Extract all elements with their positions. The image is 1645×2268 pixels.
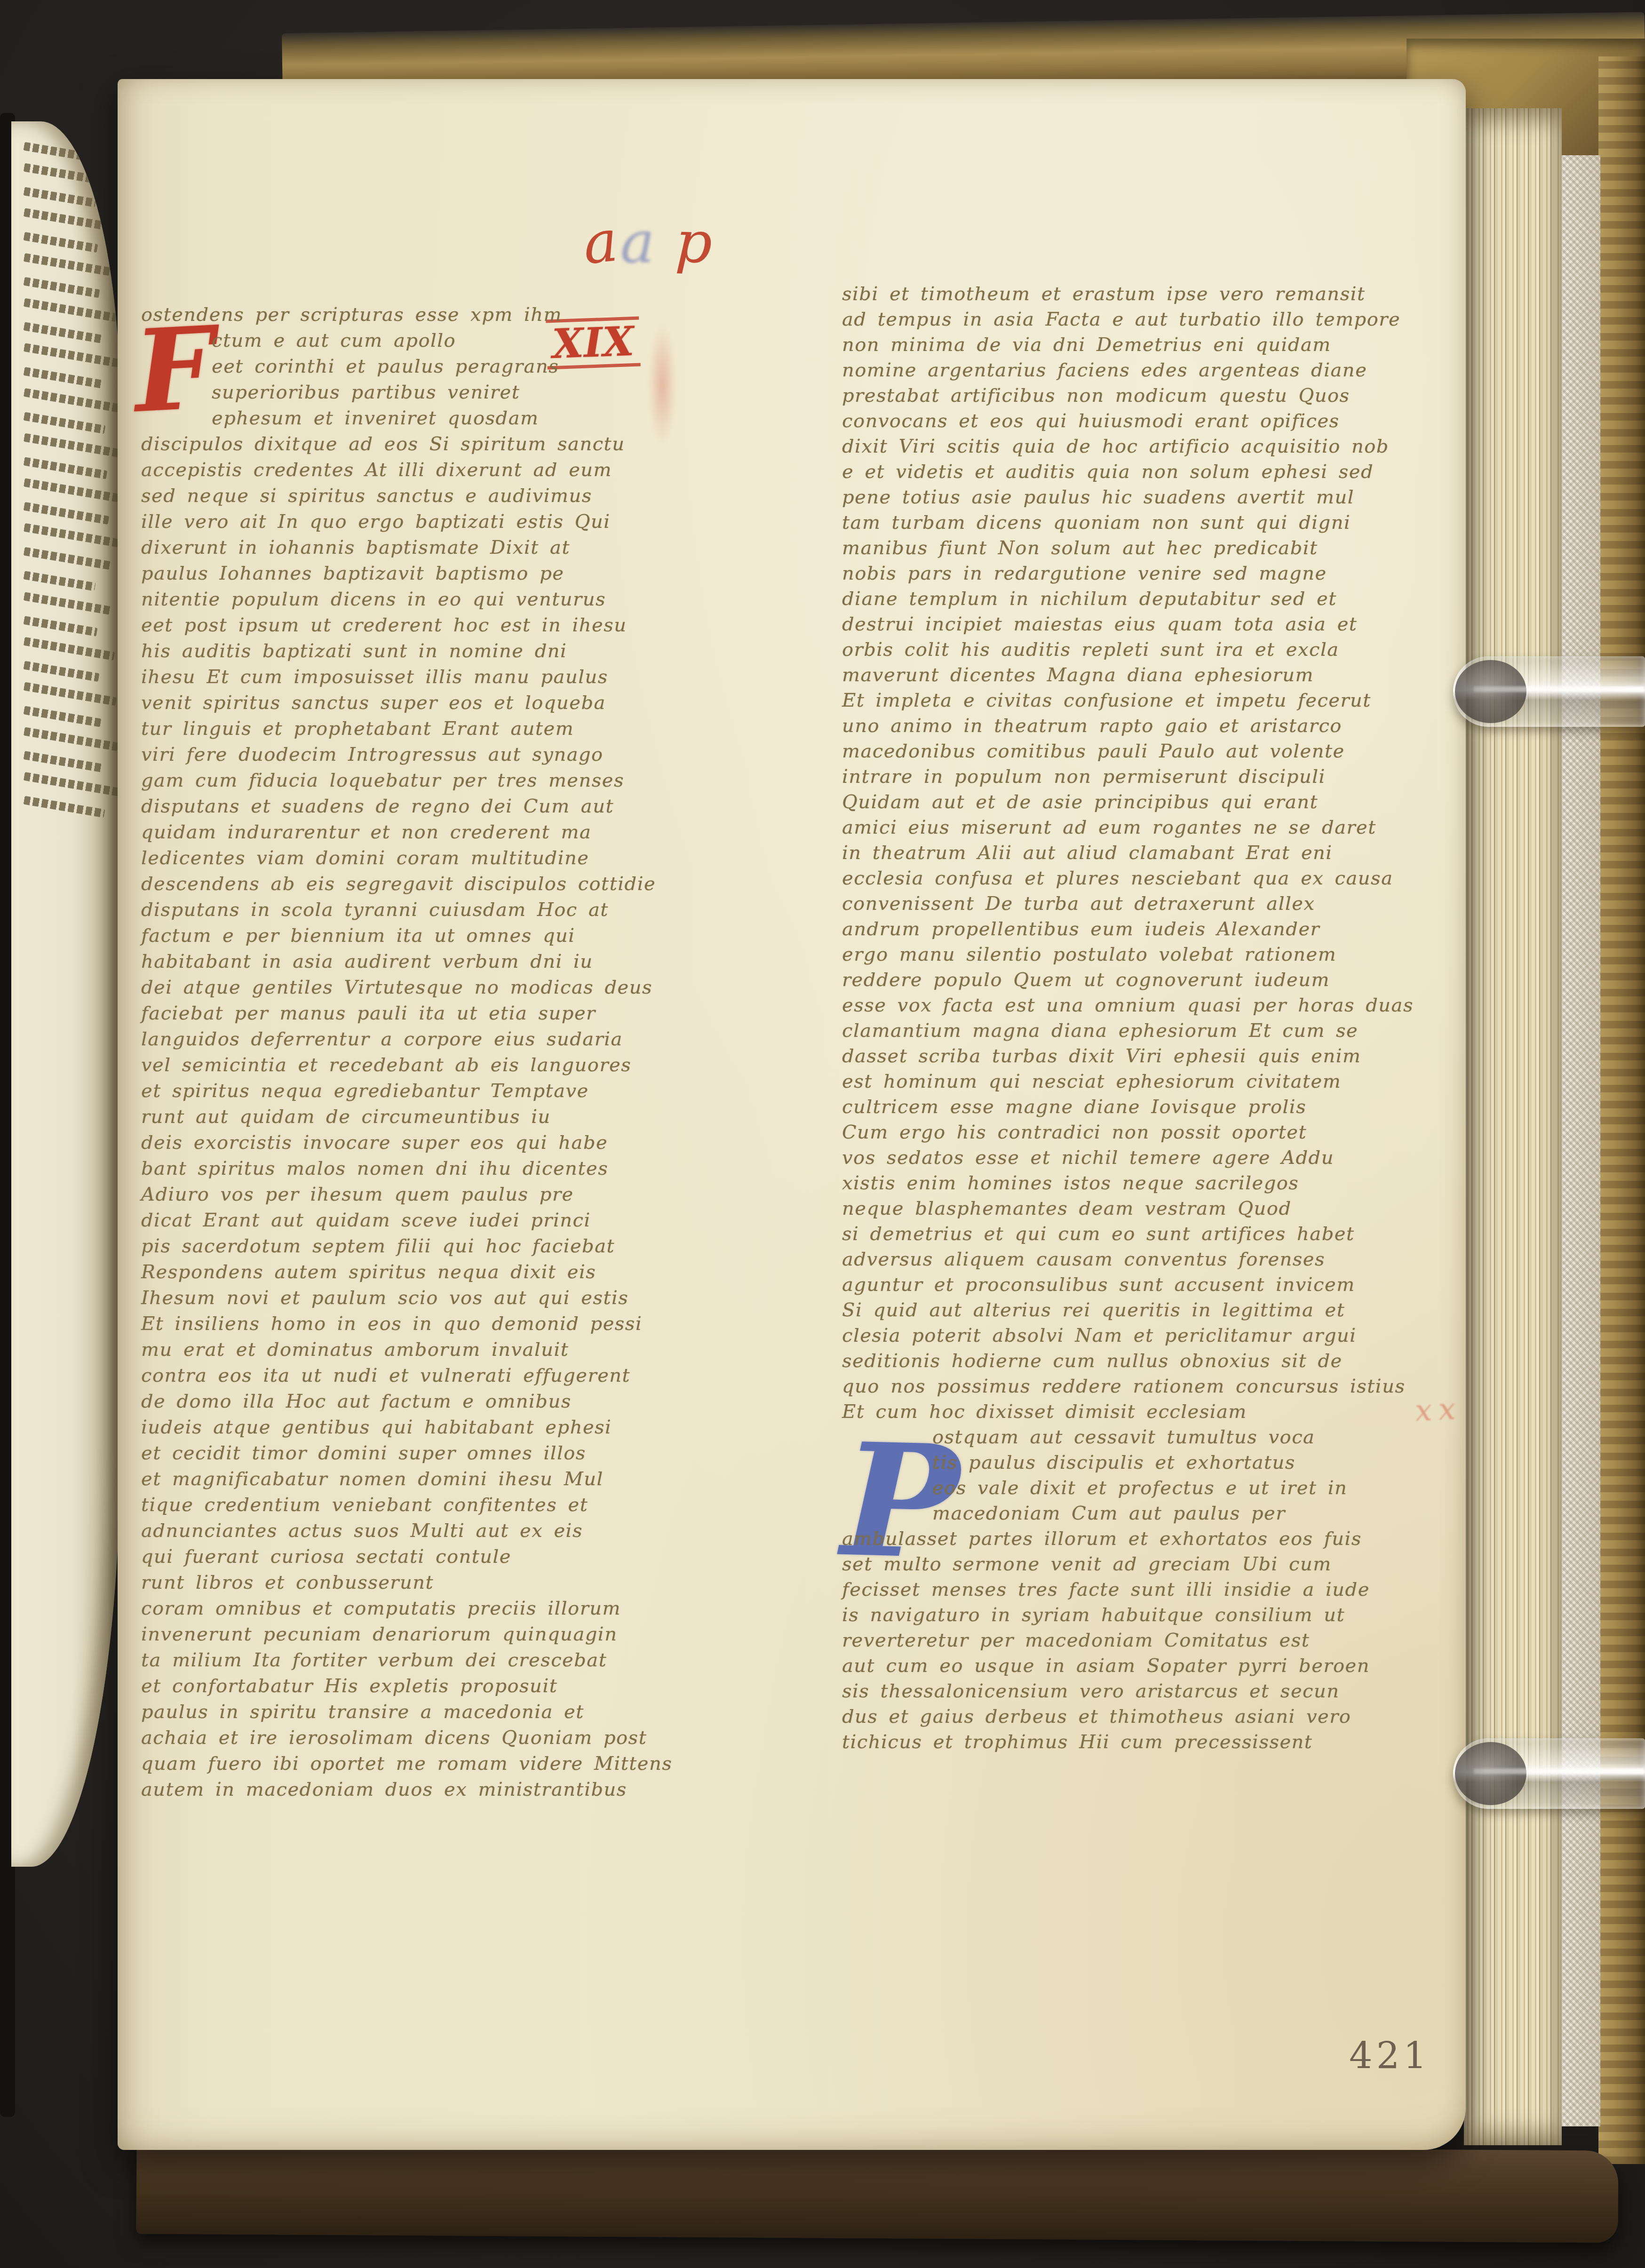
manuscript-line: qui fuerant curiosa sectati contule — [141, 1544, 687, 1570]
facing-page-line-mark — [24, 706, 102, 727]
facing-page-line-mark — [24, 637, 115, 661]
manuscript-line: ihesu Et cum imposuisset illis manu paul… — [141, 664, 687, 690]
facing-page-line-mark — [24, 232, 98, 253]
facing-page-strip — [11, 121, 120, 1867]
manuscript-line: sed neque si spiritus sanctus e audivimu… — [141, 483, 687, 509]
manuscript-line: maverunt dicentes Magna diana ephesiorum — [842, 662, 1435, 688]
manuscript-line: eos vale dixit et profectus e ut iret in — [842, 1475, 1435, 1501]
facing-page-line-mark — [24, 523, 120, 549]
manuscript-line: adnunciantes actus suos Multi aut ex eis — [141, 1518, 687, 1544]
manuscript-line: amici eius miserunt ad eum rogantes ne s… — [842, 815, 1435, 840]
manuscript-line: convocans et eos qui huiusmodi erant opi… — [842, 408, 1435, 434]
manuscript-line: orbis colit his auditis repleti sunt ira… — [842, 637, 1435, 662]
manuscript-line: Et impleta e civitas confusione et impet… — [842, 688, 1435, 713]
facing-page-line-mark — [24, 433, 120, 458]
manuscript-line: runt libros et conbusserunt — [141, 1570, 687, 1596]
manuscript-line: languidos deferrentur a corpore eius sud… — [141, 1027, 687, 1052]
manuscript-line: runt aut quidam de circumeuntibus iu — [141, 1104, 687, 1130]
manuscript-line: clamantium magna diana ephesiorum Et cum… — [842, 1018, 1435, 1043]
manuscript-line: uno animo in theatrum rapto gaio et aris… — [842, 713, 1435, 739]
facing-page-line-mark — [24, 388, 120, 413]
manuscript-line: ta milium Ita fortiter verbum dei cresce… — [141, 1647, 687, 1673]
manuscript-line: aguntur et proconsulibus sunt accusent i… — [842, 1272, 1435, 1297]
manuscript-line: ostquam aut cessavit tumultus voca — [842, 1424, 1435, 1450]
manuscript-line: set multo sermone venit ad greciam Ubi c… — [842, 1552, 1435, 1577]
manuscript-line: est hominum qui nesciat ephesiorum civit… — [842, 1069, 1435, 1094]
manuscript-line: paulus in spiritu transire a macedonia e… — [141, 1699, 687, 1725]
vellum-binding-board — [1598, 56, 1645, 2164]
manuscript-line: et confortabatur His expletis proposuit — [141, 1673, 687, 1699]
facing-page-line-mark — [24, 412, 106, 434]
manuscript-line: ledicentes viam domini coram multitudine — [141, 845, 687, 871]
manuscript-line: et spiritus nequa egrediebantur Temptave — [141, 1078, 687, 1104]
manuscript-line: ctum e aut cum apollo — [141, 328, 687, 354]
manuscript-photo: aap XIX F P xx ostendens per scripturas … — [0, 0, 1645, 2268]
glass-rod-highlight — [1474, 686, 1644, 692]
manuscript-line: intrare in populum non permiserunt disci… — [842, 764, 1435, 789]
facing-page-text-lines — [11, 121, 120, 811]
manuscript-line: clesia poterit absolvi Nam et periclitam… — [842, 1323, 1435, 1348]
manuscript-line: reverteretur per macedoniam Comitatus es… — [842, 1628, 1435, 1653]
manuscript-line: Adiuro vos per ihesum quem paulus pre — [141, 1182, 687, 1208]
manuscript-page: aap XIX F P xx ostendens per scripturas … — [118, 79, 1466, 2150]
manuscript-line: nomine argentarius faciens edes argentea… — [842, 358, 1435, 383]
manuscript-line: accepistis credentes At illi dixerunt ad… — [141, 457, 687, 483]
facing-page-line-mark — [24, 253, 115, 277]
manuscript-line: tam turbam dicens quoniam non sunt qui d… — [842, 510, 1435, 535]
manuscript-line: descendens ab eis segregavit discipulos … — [141, 871, 687, 897]
spine-cloth-lining — [1561, 155, 1600, 2126]
manuscript-line: tichicus et trophimus Hii cum precessiss… — [842, 1729, 1435, 1755]
left-text-column: ostendens per scripturas esse xpm ihmctu… — [141, 302, 687, 1803]
facing-page-line-mark — [24, 142, 95, 162]
manuscript-line: is navigaturo in syriam habuitque consil… — [842, 1602, 1435, 1628]
manuscript-line: ergo manu silentio postulato volebat rat… — [842, 942, 1435, 967]
facing-page-line-mark — [24, 367, 104, 389]
manuscript-line: disputans in scola tyranni cuiusdam Hoc … — [141, 897, 687, 923]
manuscript-line: pis sacerdotum septem filii qui hoc faci… — [141, 1233, 687, 1259]
manuscript-line: diane templum in nichilum deputabitur se… — [842, 586, 1435, 612]
manuscript-line: dus et gaius derbeus et thimotheus asian… — [842, 1704, 1435, 1729]
manuscript-line: paulus Iohannes baptizavit baptismo pe — [141, 561, 687, 587]
facing-page-line-mark — [24, 571, 96, 591]
manuscript-line: nobis pars in redargutione venire sed ma… — [842, 561, 1435, 586]
manuscript-line: dei atque gentiles Virtutesque no modica… — [141, 975, 687, 1001]
facing-page-line-mark — [24, 592, 113, 615]
manuscript-line: habitabant in asia audirent verbum dni i… — [141, 949, 687, 975]
manuscript-line: de domo illa Hoc aut factum e omnibus — [141, 1389, 687, 1415]
facing-page-line-mark — [24, 187, 96, 207]
manuscript-line: tique credentium veniebant confitentes e… — [141, 1492, 687, 1518]
manuscript-line: bant spiritus malos nomen dni ihu dicent… — [141, 1156, 687, 1182]
manuscript-line: disputans et suadens de regno dei Cum au… — [141, 794, 687, 820]
facing-page-line-mark — [24, 343, 119, 367]
manuscript-line: et magnificabatur nomen domini ihesu Mul — [141, 1466, 687, 1492]
manuscript-line: in theatrum Alii aut aliud clamabant Era… — [842, 840, 1435, 866]
manuscript-line: superioribus partibus veniret — [141, 380, 687, 406]
manuscript-line: dicat Erant aut quidam sceve iudei princ… — [141, 1208, 687, 1233]
facing-page-line-mark — [24, 751, 103, 772]
facing-page-line-mark — [24, 796, 105, 818]
manuscript-line: deis exorcistis invocare super eos qui h… — [141, 1130, 687, 1156]
running-header: aap — [583, 214, 712, 271]
manuscript-line: nitentie populum dicens in eo qui ventur… — [141, 587, 687, 613]
manuscript-line: neque blasphemantes deam vestram Quod — [842, 1196, 1435, 1221]
manuscript-line: sis thessalonicensium vero aristarcus et… — [842, 1679, 1435, 1704]
facing-page-line-mark — [24, 478, 120, 503]
facing-page-line-mark — [24, 163, 111, 186]
manuscript-line: faciebat per manus pauli ita ut etia sup… — [141, 1001, 687, 1027]
manuscript-line: prestabat artificibus non modicum questu… — [842, 383, 1435, 408]
manuscript-line: iudeis atque gentibus qui habitabant eph… — [141, 1415, 687, 1440]
facing-page-line-mark — [24, 502, 109, 525]
manuscript-line: quam fuero ibi oportet me romam videre M… — [141, 1751, 687, 1777]
manuscript-line: dixit Viri scitis quia de hoc artificio … — [842, 434, 1435, 459]
manuscript-line: sibi et timotheum et erastum ipse vero r… — [842, 281, 1435, 307]
facing-page-line-mark — [24, 661, 100, 682]
manuscript-line: macedonibus comitibus pauli Paulo aut vo… — [842, 739, 1435, 764]
manuscript-line: eet corinthi et paulus peragrans — [141, 354, 687, 380]
manuscript-line: ecclesia confusa et plures nesciebant qu… — [842, 866, 1435, 891]
facing-page-line-mark — [24, 682, 117, 706]
facing-page-line-mark — [24, 727, 119, 751]
manuscript-line: et cecidit timor domini super omnes illo… — [141, 1440, 687, 1466]
manuscript-line: manibus fiunt Non solum aut hec predicab… — [842, 535, 1435, 561]
page-edge-stack — [1464, 108, 1562, 2145]
running-header-glyph: p — [674, 213, 713, 272]
right-text-column: sibi et timotheum et erastum ipse vero r… — [842, 281, 1435, 1755]
manuscript-line: ephesum et inveniret quosdam — [141, 406, 687, 431]
facing-page-line-mark — [24, 547, 111, 570]
glass-rod-highlight — [1474, 1768, 1644, 1774]
manuscript-line: Respondens autem spiritus nequa dixit ei… — [141, 1259, 687, 1285]
manuscript-line: dixerunt in iohannis baptismate Dixit at — [141, 535, 687, 561]
manuscript-line: vel semicintia et recedebant ab eis lang… — [141, 1052, 687, 1078]
glass-rod-top[interactable] — [1453, 656, 1645, 727]
facing-page-line-mark — [24, 208, 113, 231]
manuscript-line: Si quid aut alterius rei queritis in leg… — [842, 1297, 1435, 1323]
manuscript-line: ostendens per scripturas esse xpm ihm — [141, 302, 687, 328]
manuscript-line: Cum ergo his contradici non possit oport… — [842, 1120, 1435, 1145]
manuscript-line: mu erat et dominatus amborum invaluit — [141, 1337, 687, 1363]
manuscript-line: eet post ipsum ut crederent hoc est in i… — [141, 613, 687, 638]
manuscript-line: e et videtis et auditis quia non solum e… — [842, 459, 1435, 485]
manuscript-line: aut cum eo usque in asiam Sopater pyrri … — [842, 1653, 1435, 1679]
manuscript-line: non minima de via dni Demetrius eni quid… — [842, 332, 1435, 358]
manuscript-line: tur linguis et prophetabant Erant autem — [141, 716, 687, 742]
manuscript-line: achaia et ire ierosolimam dicens Quoniam… — [141, 1725, 687, 1751]
manuscript-line: adversus aliquem causam conventus forens… — [842, 1247, 1435, 1272]
folio-number: 421 — [1349, 2035, 1430, 2077]
manuscript-line: his auditis baptizati sunt in nomine dni — [141, 638, 687, 664]
manuscript-line: venit spiritus sanctus super eos et loqu… — [141, 690, 687, 716]
manuscript-line: ad tempus in asia Facta e aut turbatio i… — [842, 307, 1435, 332]
manuscript-line: Et cum hoc dixisset dimisit ecclesiam — [842, 1399, 1435, 1424]
manuscript-line: fecisset menses tres facte sunt illi ins… — [842, 1577, 1435, 1602]
running-header-glyph: a — [580, 212, 620, 273]
manuscript-line: gam cum fiducia loquebatur per tres mens… — [141, 768, 687, 794]
manuscript-line: tis paulus discipulis et exhortatus — [842, 1450, 1435, 1475]
manuscript-line: coram omnibus et computatis preciis illo… — [141, 1596, 687, 1622]
manuscript-line: seditionis hodierne cum nullus obnoxius … — [842, 1348, 1435, 1374]
manuscript-line: autem in macedoniam duos ex ministrantib… — [141, 1777, 687, 1803]
manuscript-line: quidam indurarentur et non crederent ma — [141, 820, 687, 845]
manuscript-line: andrum propellentibus eum iudeis Alexand… — [842, 916, 1435, 942]
manuscript-line: Et insiliens homo in eos in quo demonid … — [141, 1311, 687, 1337]
facing-page-line-mark — [24, 322, 102, 343]
manuscript-line: cultricem esse magne diane Iovisque prol… — [842, 1094, 1435, 1120]
facing-page-line-mark — [24, 298, 117, 322]
manuscript-line: convenissent De turba aut detraxerunt al… — [842, 891, 1435, 916]
manuscript-line: si demetrius et qui cum eo sunt artifice… — [842, 1221, 1435, 1247]
manuscript-line: invenerunt pecuniam denariorum quinquagi… — [141, 1622, 687, 1647]
manuscript-line: factum e per biennium ita ut omnes qui — [141, 923, 687, 949]
manuscript-line: ambulasset partes illorum et exhortatos … — [842, 1526, 1435, 1552]
manuscript-line: viri fere duodecim Introgressus aut syna… — [141, 742, 687, 768]
manuscript-line: Quidam aut et de asie principibus qui er… — [842, 789, 1435, 815]
manuscript-line: vos sedatos esse et nichil temere agere … — [842, 1145, 1435, 1170]
manuscript-line: dasset scriba turbas dixit Viri ephesii … — [842, 1043, 1435, 1069]
manuscript-line: ille vero ait In quo ergo baptizati esti… — [141, 509, 687, 535]
bottom-leather-board — [136, 2141, 1618, 2243]
manuscript-line: reddere populo Quem ut cognoverunt iudeu… — [842, 967, 1435, 993]
facing-page-line-mark — [24, 772, 120, 796]
facing-page-line-mark — [24, 277, 100, 298]
manuscript-line: xistis enim homines istos neque sacrileg… — [842, 1170, 1435, 1196]
running-header-glyph: a — [620, 214, 655, 271]
facing-page-line-mark — [24, 457, 108, 479]
manuscript-line: macedoniam Cum aut paulus per — [842, 1501, 1435, 1526]
manuscript-line: destrui incipiet maiestas eius quam tota… — [842, 612, 1435, 637]
manuscript-line: Ihesum novi et paulum scio vos aut qui e… — [141, 1285, 687, 1311]
manuscript-line: quo nos possimus reddere rationem concur… — [842, 1374, 1435, 1399]
manuscript-line: discipulos dixitque ad eos Si spiritum s… — [141, 431, 687, 457]
facing-page-line-mark — [24, 616, 98, 637]
manuscript-line: esse vox facta est una omnium quasi per … — [842, 993, 1435, 1018]
manuscript-line: pene totius asie paulus hic suadens aver… — [842, 485, 1435, 510]
glass-rod-bottom[interactable] — [1453, 1738, 1645, 1809]
manuscript-line: contra eos ita ut nudi et vulnerati effu… — [141, 1363, 687, 1389]
